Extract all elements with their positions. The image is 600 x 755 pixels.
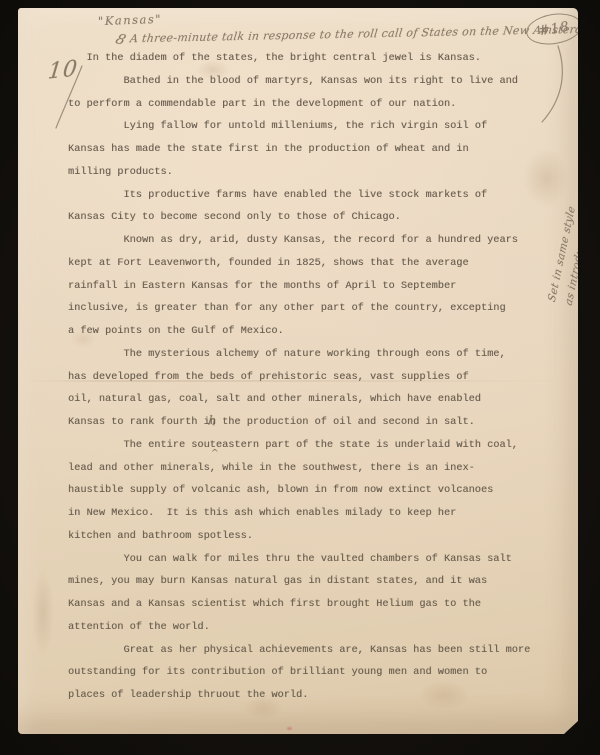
typed-line: The mysterious alchemy of nature working…	[68, 344, 548, 367]
typed-line: a few points on the Gulf of Mexico.	[68, 321, 548, 344]
paper-crease	[24, 380, 572, 382]
paper-stain	[32, 568, 54, 658]
typed-line: kept at Fort Leavenworth, founded in 182…	[68, 253, 548, 276]
typed-line: in New Mexico. It is this ash which enab…	[68, 503, 548, 526]
typed-line: oil, natural gas, coal, salt and other m…	[68, 389, 548, 412]
typed-line: Bathed in the blood of martyrs, Kansas w…	[68, 71, 548, 94]
typed-line: rainfall in Eastern Kansas for the month…	[68, 276, 548, 299]
typed-line: to perform a commendable part in the dev…	[68, 94, 548, 117]
photo-background: "Kansas" 8 A three-minute talk in respon…	[0, 0, 600, 755]
typed-line: You can walk for miles thru the vaulted …	[68, 549, 548, 572]
typed-line: Kansas City to become second only to tho…	[68, 207, 548, 230]
dele-mark: 8	[113, 32, 128, 49]
typed-text: In the diadem of the states, the bright …	[68, 48, 548, 708]
handwritten-subtitle: A three-minute talk in response to the r…	[129, 24, 540, 46]
typed-line: Its productive farms have enabled the li…	[68, 185, 548, 208]
typed-line: Lying fallow for untold milleniums, the …	[68, 116, 548, 139]
typed-line: outstanding for its contribution of bril…	[68, 662, 548, 685]
typed-line: In the diadem of the states, the bright …	[68, 48, 548, 71]
typed-line: lead and other minerals, while in the so…	[68, 458, 548, 481]
typed-line: Kansas to rank fourth in the production …	[68, 412, 548, 435]
document-page: "Kansas" 8 A three-minute talk in respon…	[18, 8, 578, 734]
margin-side-note: Set in same style as introduction page.	[544, 119, 600, 307]
typed-line: mines, you may burn Kansas natural gas i…	[68, 571, 548, 594]
circled-page-number: #18	[524, 10, 584, 48]
typed-line: The entire souteastern part of the state…	[68, 435, 548, 458]
typed-line: attention of the world.	[68, 617, 548, 640]
typed-line: Known as dry, arid, dusty Kansas, the re…	[68, 230, 548, 253]
typed-line: places of leadership thruout the world.	[68, 685, 548, 708]
typed-line: Kansas and a Kansas scientist which firs…	[68, 594, 548, 617]
handwritten-title: "Kansas"	[98, 12, 163, 28]
typed-line: Kansas has made the state first in the p…	[68, 139, 548, 162]
typed-line: Great as her physical achievements are, …	[68, 640, 548, 663]
typed-line: inclusive, is greater than for any other…	[68, 298, 548, 321]
paper-stain-red	[286, 726, 293, 731]
typed-line: has developed from the beds of prehistor…	[68, 367, 548, 390]
typed-line: milling products.	[68, 162, 548, 185]
typed-line: kitchen and bathroom spotless.	[68, 526, 548, 549]
typed-line: haustible supply of volcanic ash, blown …	[68, 480, 548, 503]
